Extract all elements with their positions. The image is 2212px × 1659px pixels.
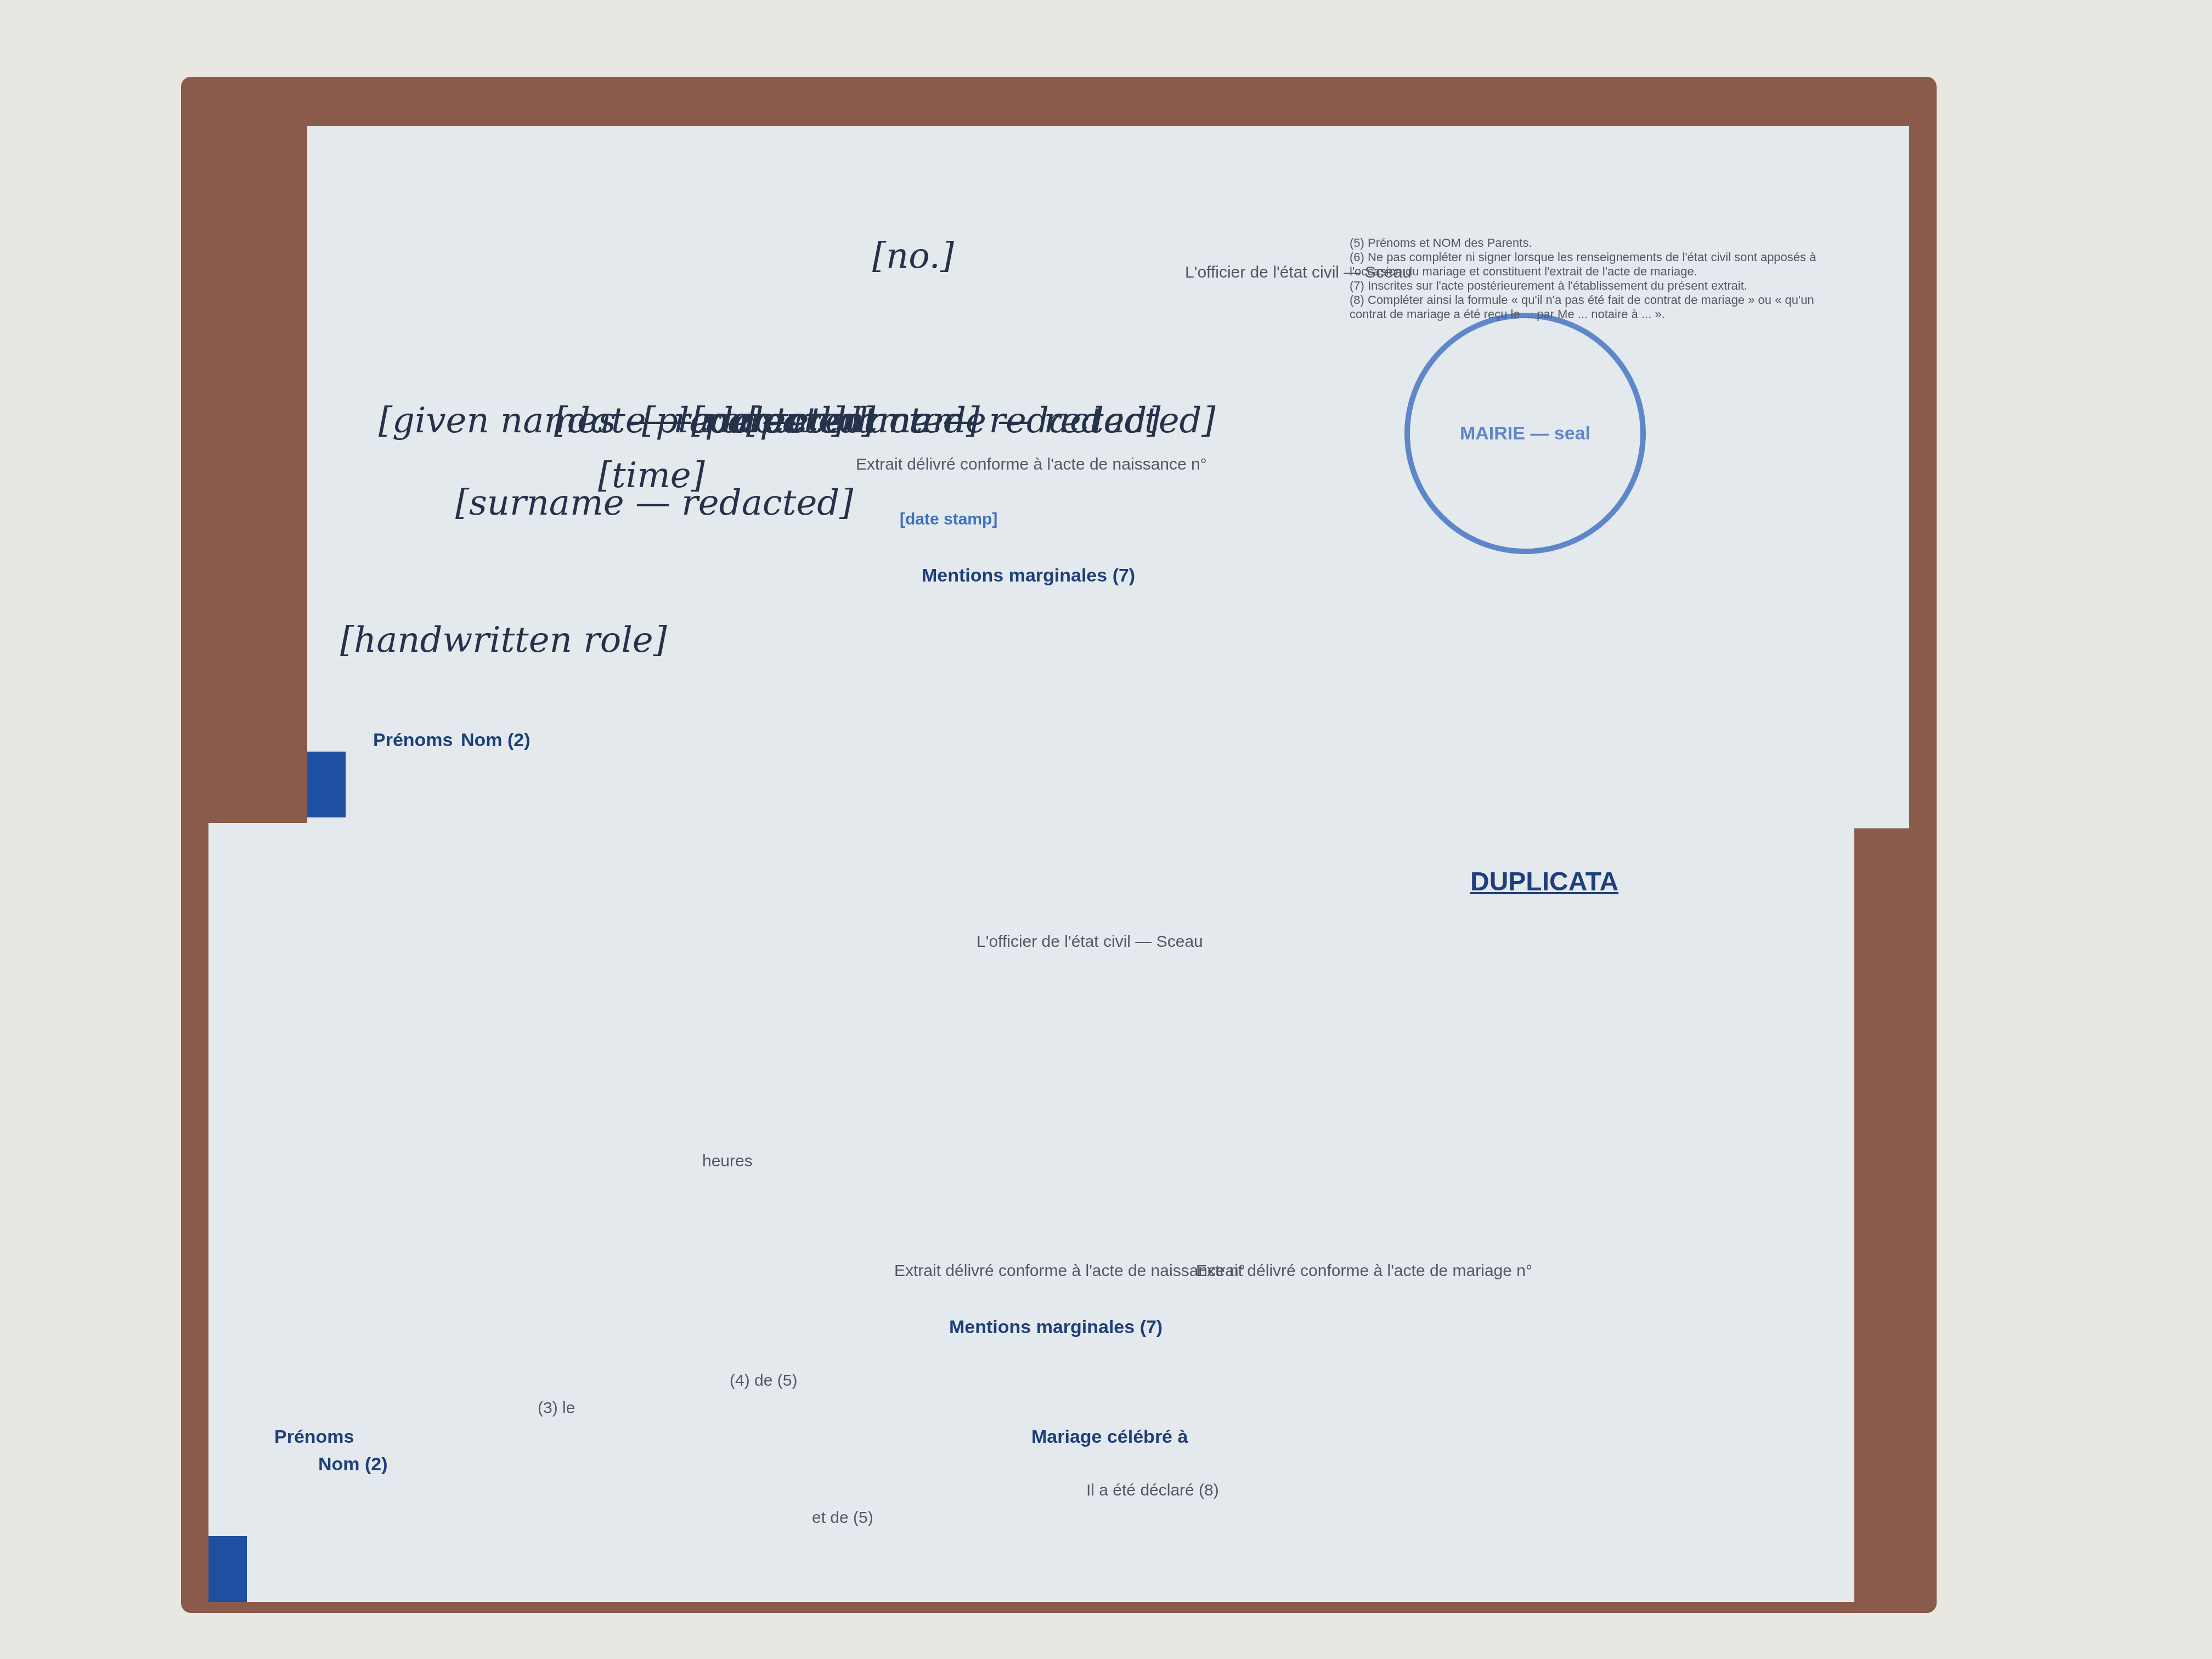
extract-number: [no.] <box>872 236 954 276</box>
label-mentions: Mentions marginales (7) <box>949 1317 1163 1338</box>
left-page: DUPLICATA Prénoms Nom (2) (3) le heures … <box>208 823 1854 1602</box>
label-prenoms: Prénoms <box>274 1426 354 1448</box>
label-nom: Nom (2) <box>461 730 531 751</box>
label-et-de: et de (5) <box>812 1509 873 1527</box>
label-mariage: Mariage célébré à <box>1031 1426 1188 1448</box>
handwritten-birth-time: [time] <box>598 455 705 496</box>
label-extrait-mariage: Extrait délivré conforme à l'acte de mar… <box>1196 1262 1532 1280</box>
label-mentions: Mentions marginales (7) <box>922 565 1135 586</box>
duplicata-heading: DUPLICATA <box>1470 867 1618 897</box>
label-nom: Nom (2) <box>318 1454 388 1475</box>
blue-tab <box>208 1536 247 1602</box>
label-heures: heures <box>702 1152 753 1171</box>
label-declare: Il a été déclaré (8) <box>1086 1481 1219 1500</box>
handwritten-parent-2: [parent name — redacted] <box>746 400 1215 441</box>
extract-date-stamp: [date stamp] <box>900 510 997 529</box>
label-de: (4) de (5) <box>730 1372 797 1390</box>
handwritten-role: [handwritten role] <box>340 620 667 661</box>
label-prenoms: Prénoms <box>373 730 453 751</box>
right-page: [handwritten role] Prénoms [given names … <box>307 126 1909 828</box>
mairie-seal-stamp: MAIRIE — seal <box>1404 313 1646 554</box>
footnotes: (5) Prénoms et NOM des Parents.(6) Ne pa… <box>1350 236 1843 321</box>
label-le: (3) le <box>538 1399 575 1418</box>
label-extrait-naissance: Extrait délivré conforme à l'acte de nai… <box>856 455 1207 474</box>
label-extrait-naissance: Extrait délivré conforme à l'acte de nai… <box>894 1262 1245 1280</box>
officer-signature-label: L'officier de l'état civil — Sceau <box>977 933 1203 951</box>
blue-tab <box>307 752 346 817</box>
photo-frame: DUPLICATA Prénoms Nom (2) (3) le heures … <box>0 0 2212 1659</box>
